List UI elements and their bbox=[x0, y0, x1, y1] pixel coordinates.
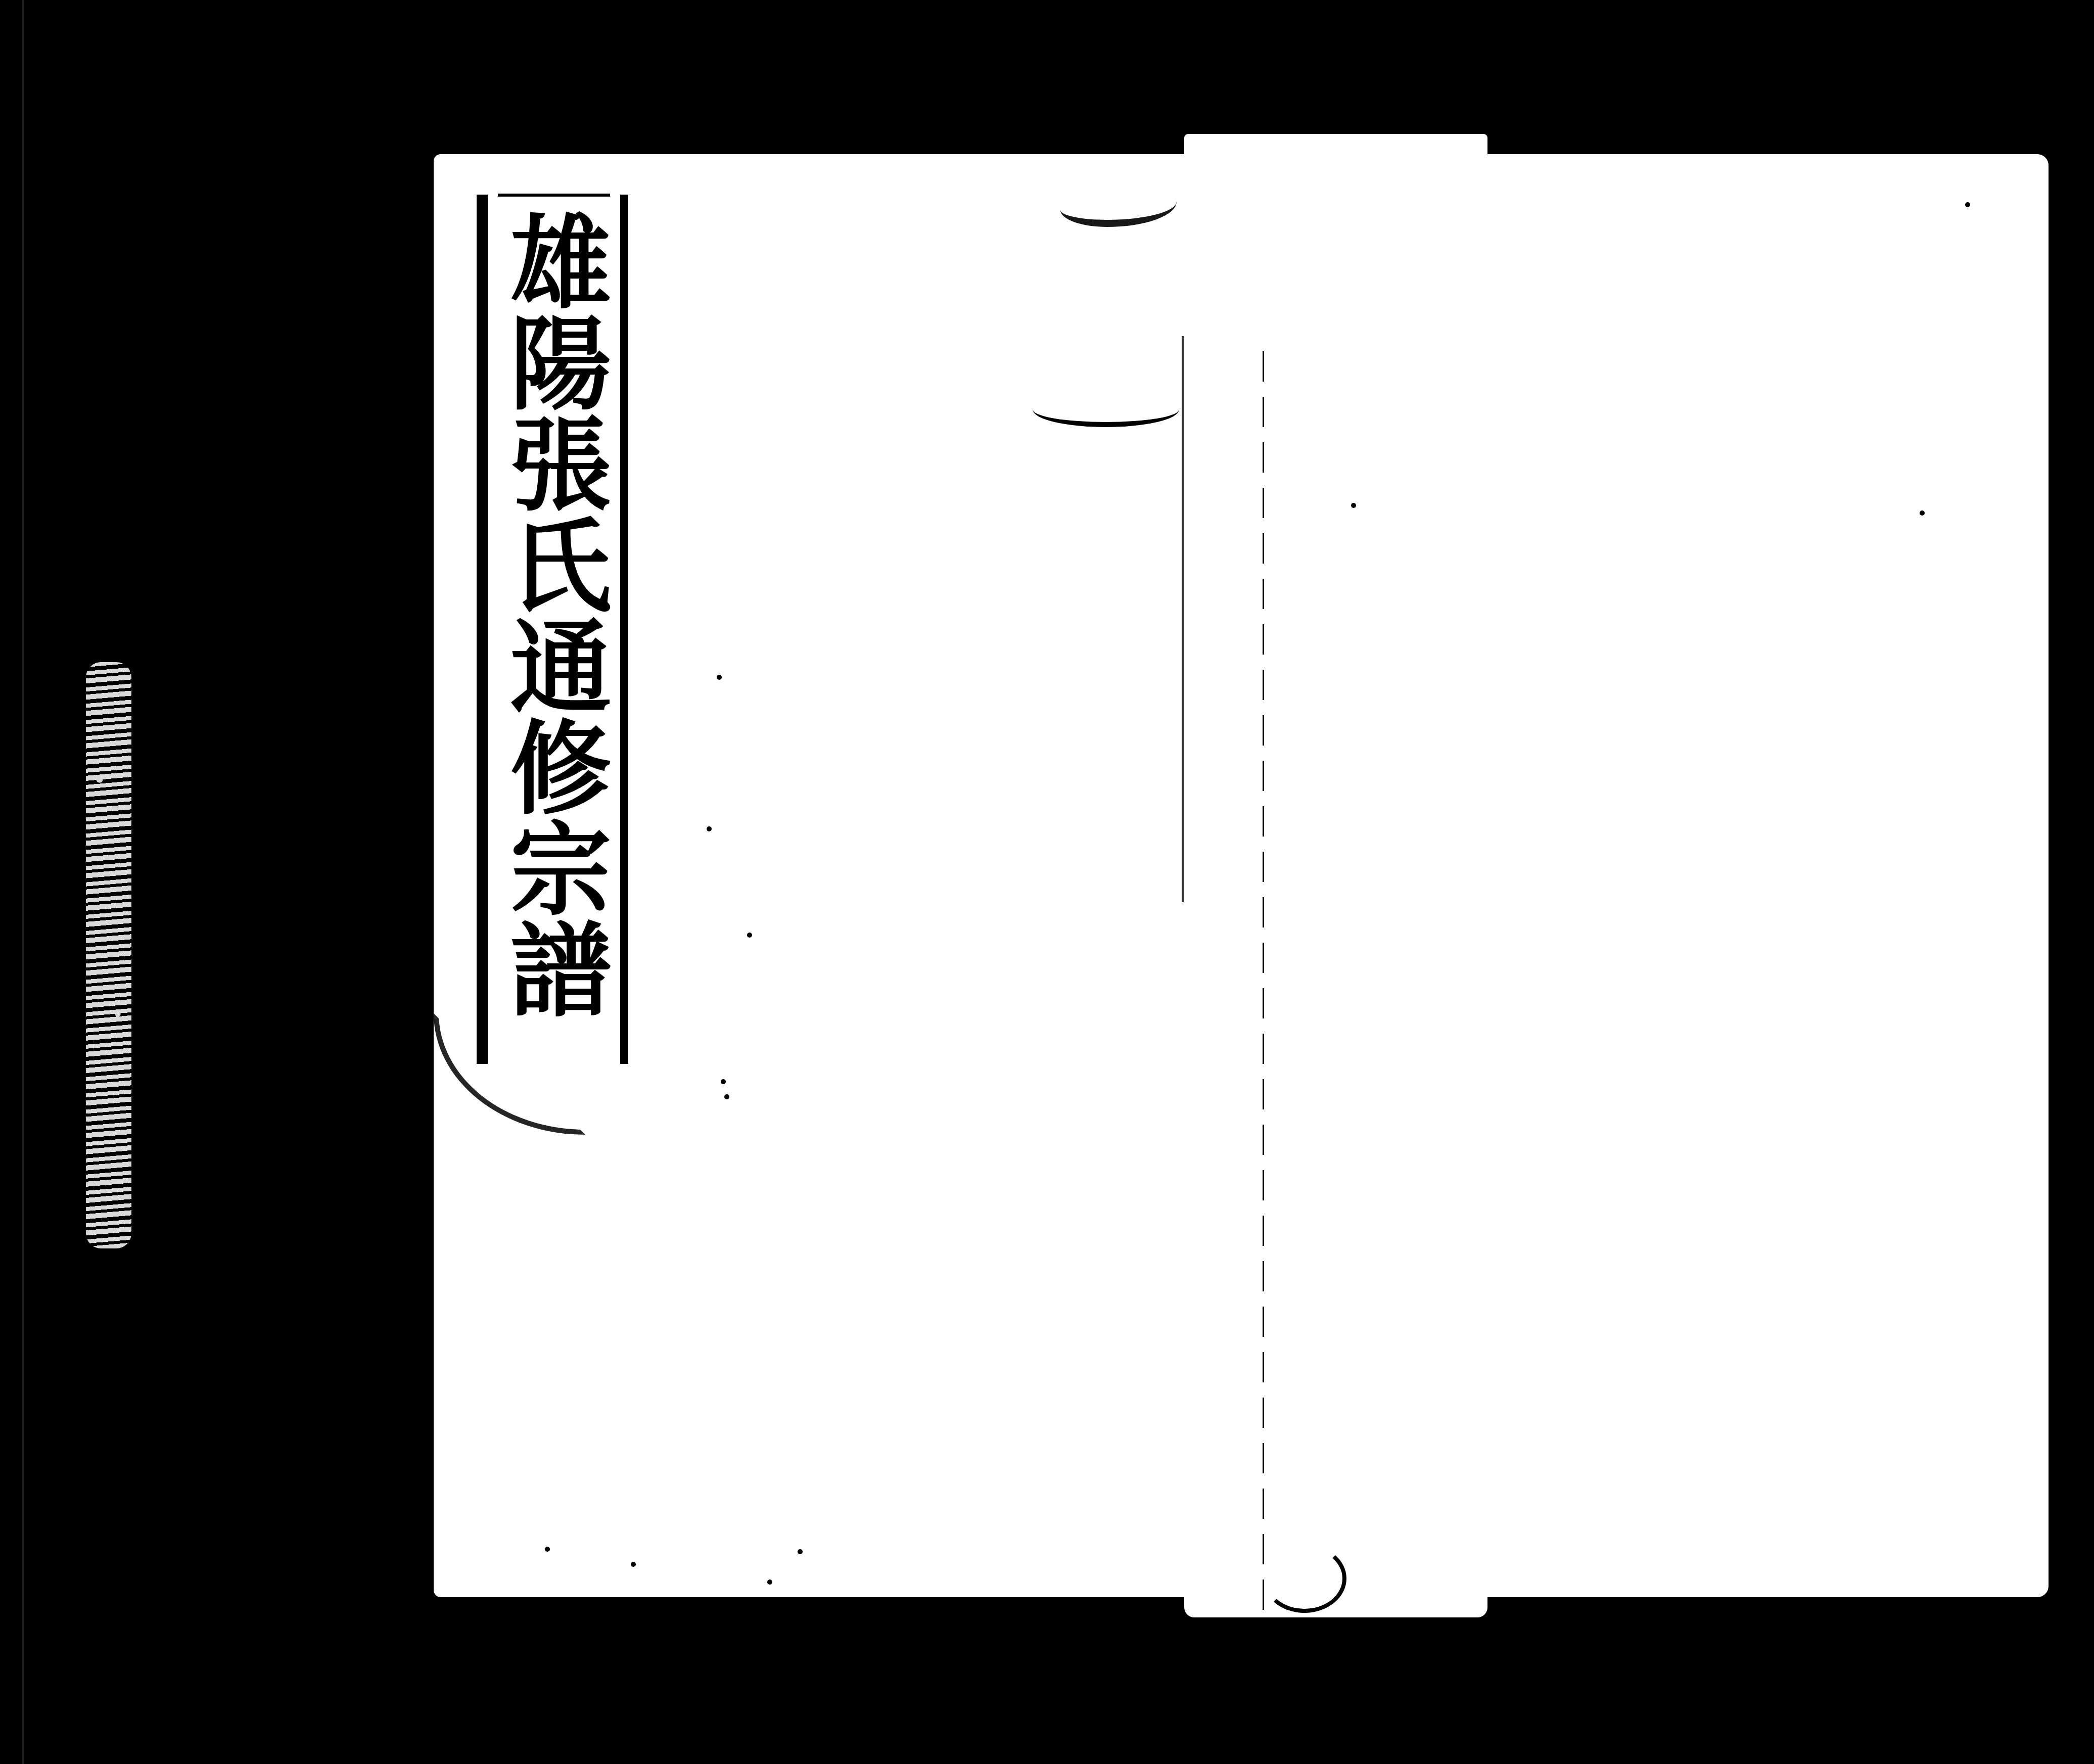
speck bbox=[724, 1094, 729, 1099]
speck bbox=[631, 1562, 636, 1567]
book: 雄陽張氏通修宗譜 bbox=[434, 154, 2049, 1597]
stain-mark-bottom bbox=[1263, 1544, 1346, 1613]
spine-crease-line bbox=[1263, 351, 1264, 1650]
speck bbox=[798, 1549, 803, 1554]
scanner-edge-line bbox=[22, 0, 24, 1764]
book-spine bbox=[1184, 134, 1487, 1617]
stain-mark-middle bbox=[1033, 392, 1179, 427]
speck bbox=[1920, 510, 1925, 516]
speck bbox=[721, 1079, 726, 1084]
page-edge-strip bbox=[86, 662, 131, 1248]
speck bbox=[1965, 202, 1970, 207]
speck bbox=[707, 826, 712, 831]
speck bbox=[1351, 503, 1356, 508]
speck bbox=[747, 933, 752, 938]
speck bbox=[717, 675, 722, 680]
speck bbox=[545, 1547, 550, 1552]
back-cover bbox=[1487, 154, 2049, 1597]
speck bbox=[767, 1580, 772, 1585]
spine-fold-line bbox=[1182, 336, 1184, 902]
cover-title: 雄陽張氏通修宗譜 bbox=[489, 210, 606, 1018]
